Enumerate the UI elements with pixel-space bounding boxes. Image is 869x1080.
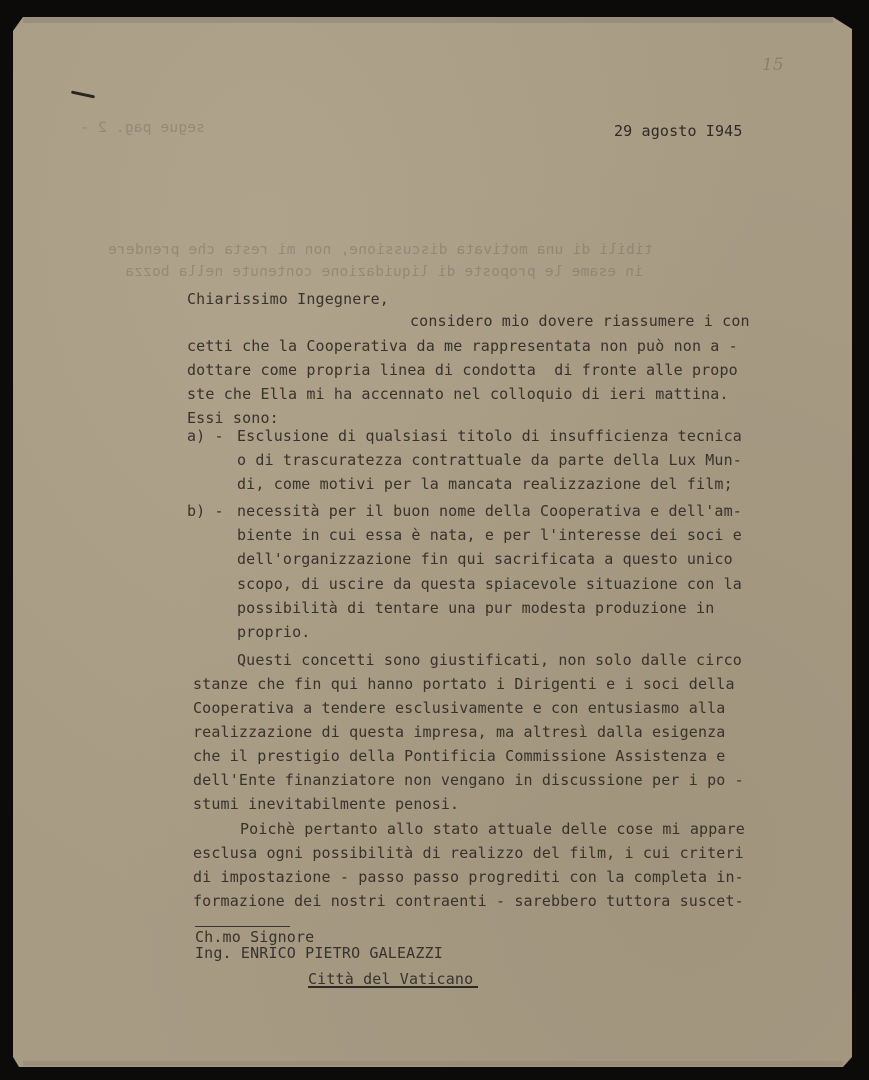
list-b-line: scopo, di uscire da questa spiacevole si… [237,575,742,593]
addressee-separator [195,926,290,927]
list-b-line: proprio. [237,623,310,641]
list-a-line: di, come motivi per la mancata realizzaz… [237,475,733,493]
paragraph-1-line: cetti che la Cooperativa da me rappresen… [187,337,738,355]
paragraph-1-line: Essi sono: [187,409,279,427]
paragraph-2-line: realizzazione di questa impresa, ma altr… [193,723,725,741]
paragraph-3-line: esclusa ogni possibilità di realizzo del… [193,844,744,862]
page-top-edge [23,17,833,23]
list-a-line: Esclusione di qualsiasi titolo di insuff… [237,427,742,445]
paragraph-3-line: di impostazione - passo passo progrediti… [193,868,744,886]
addressee-name: Ing. ENRICO PIETRO GALEAZZI [195,944,443,962]
paragraph-1-line: ste che Ella mi ha accennato nel colloqu… [187,385,729,403]
list-b-line: biente in cui essa è nata, e per l'inter… [237,526,742,544]
paragraph-1-line: considero mio dovere riassumere i con [410,312,750,330]
list-b-line: necessità per il buon nome della Coopera… [237,502,742,520]
list-marker-a: a) - [187,427,224,445]
paragraph-2-line: stumi inevitabilmente penosi. [193,795,459,813]
paragraph-3-line: formazione dei nostri contraenti - sareb… [193,892,744,910]
list-marker-b: b) - [187,502,224,520]
paragraph-2-line: Questi concetti sono giustificati, non s… [237,651,742,669]
list-b-line: dell'organizzazione fin qui sacrificata … [237,550,733,568]
page-bottom-edge [23,1061,843,1066]
city-underline [308,986,478,988]
bleed-through-header: segue pag. 2 - [80,120,205,136]
bleed-through-line: tibili di una motivata discussione, non … [108,242,653,258]
pen-mark [71,91,95,99]
salutation: Chiarissimo Ingegnere, [187,290,389,308]
letter-date: 29 agosto I945 [614,122,743,140]
paragraph-1-line: dottare come propria linea di condotta d… [187,361,738,379]
handwritten-page-number: 15 [762,55,784,75]
paragraph-3-line: Poichè pertanto allo stato attuale delle… [240,820,745,838]
paragraph-2-line: che il prestigio della Pontificia Commis… [193,747,725,765]
list-a-line: o di trascuratezza contrattuale da parte… [237,451,742,469]
paragraph-2-line: Cooperativa a tendere esclusivamente e c… [193,699,725,717]
bleed-through-line: in esame le proposte di liquidazione con… [125,264,643,280]
paragraph-2-line: stanze che fin qui hanno portato i Dirig… [193,675,735,693]
paragraph-2-line: dell'Ente finanziatore non vengano in di… [193,771,744,789]
list-b-line: possibilità di tentare una pur modesta p… [237,599,714,617]
